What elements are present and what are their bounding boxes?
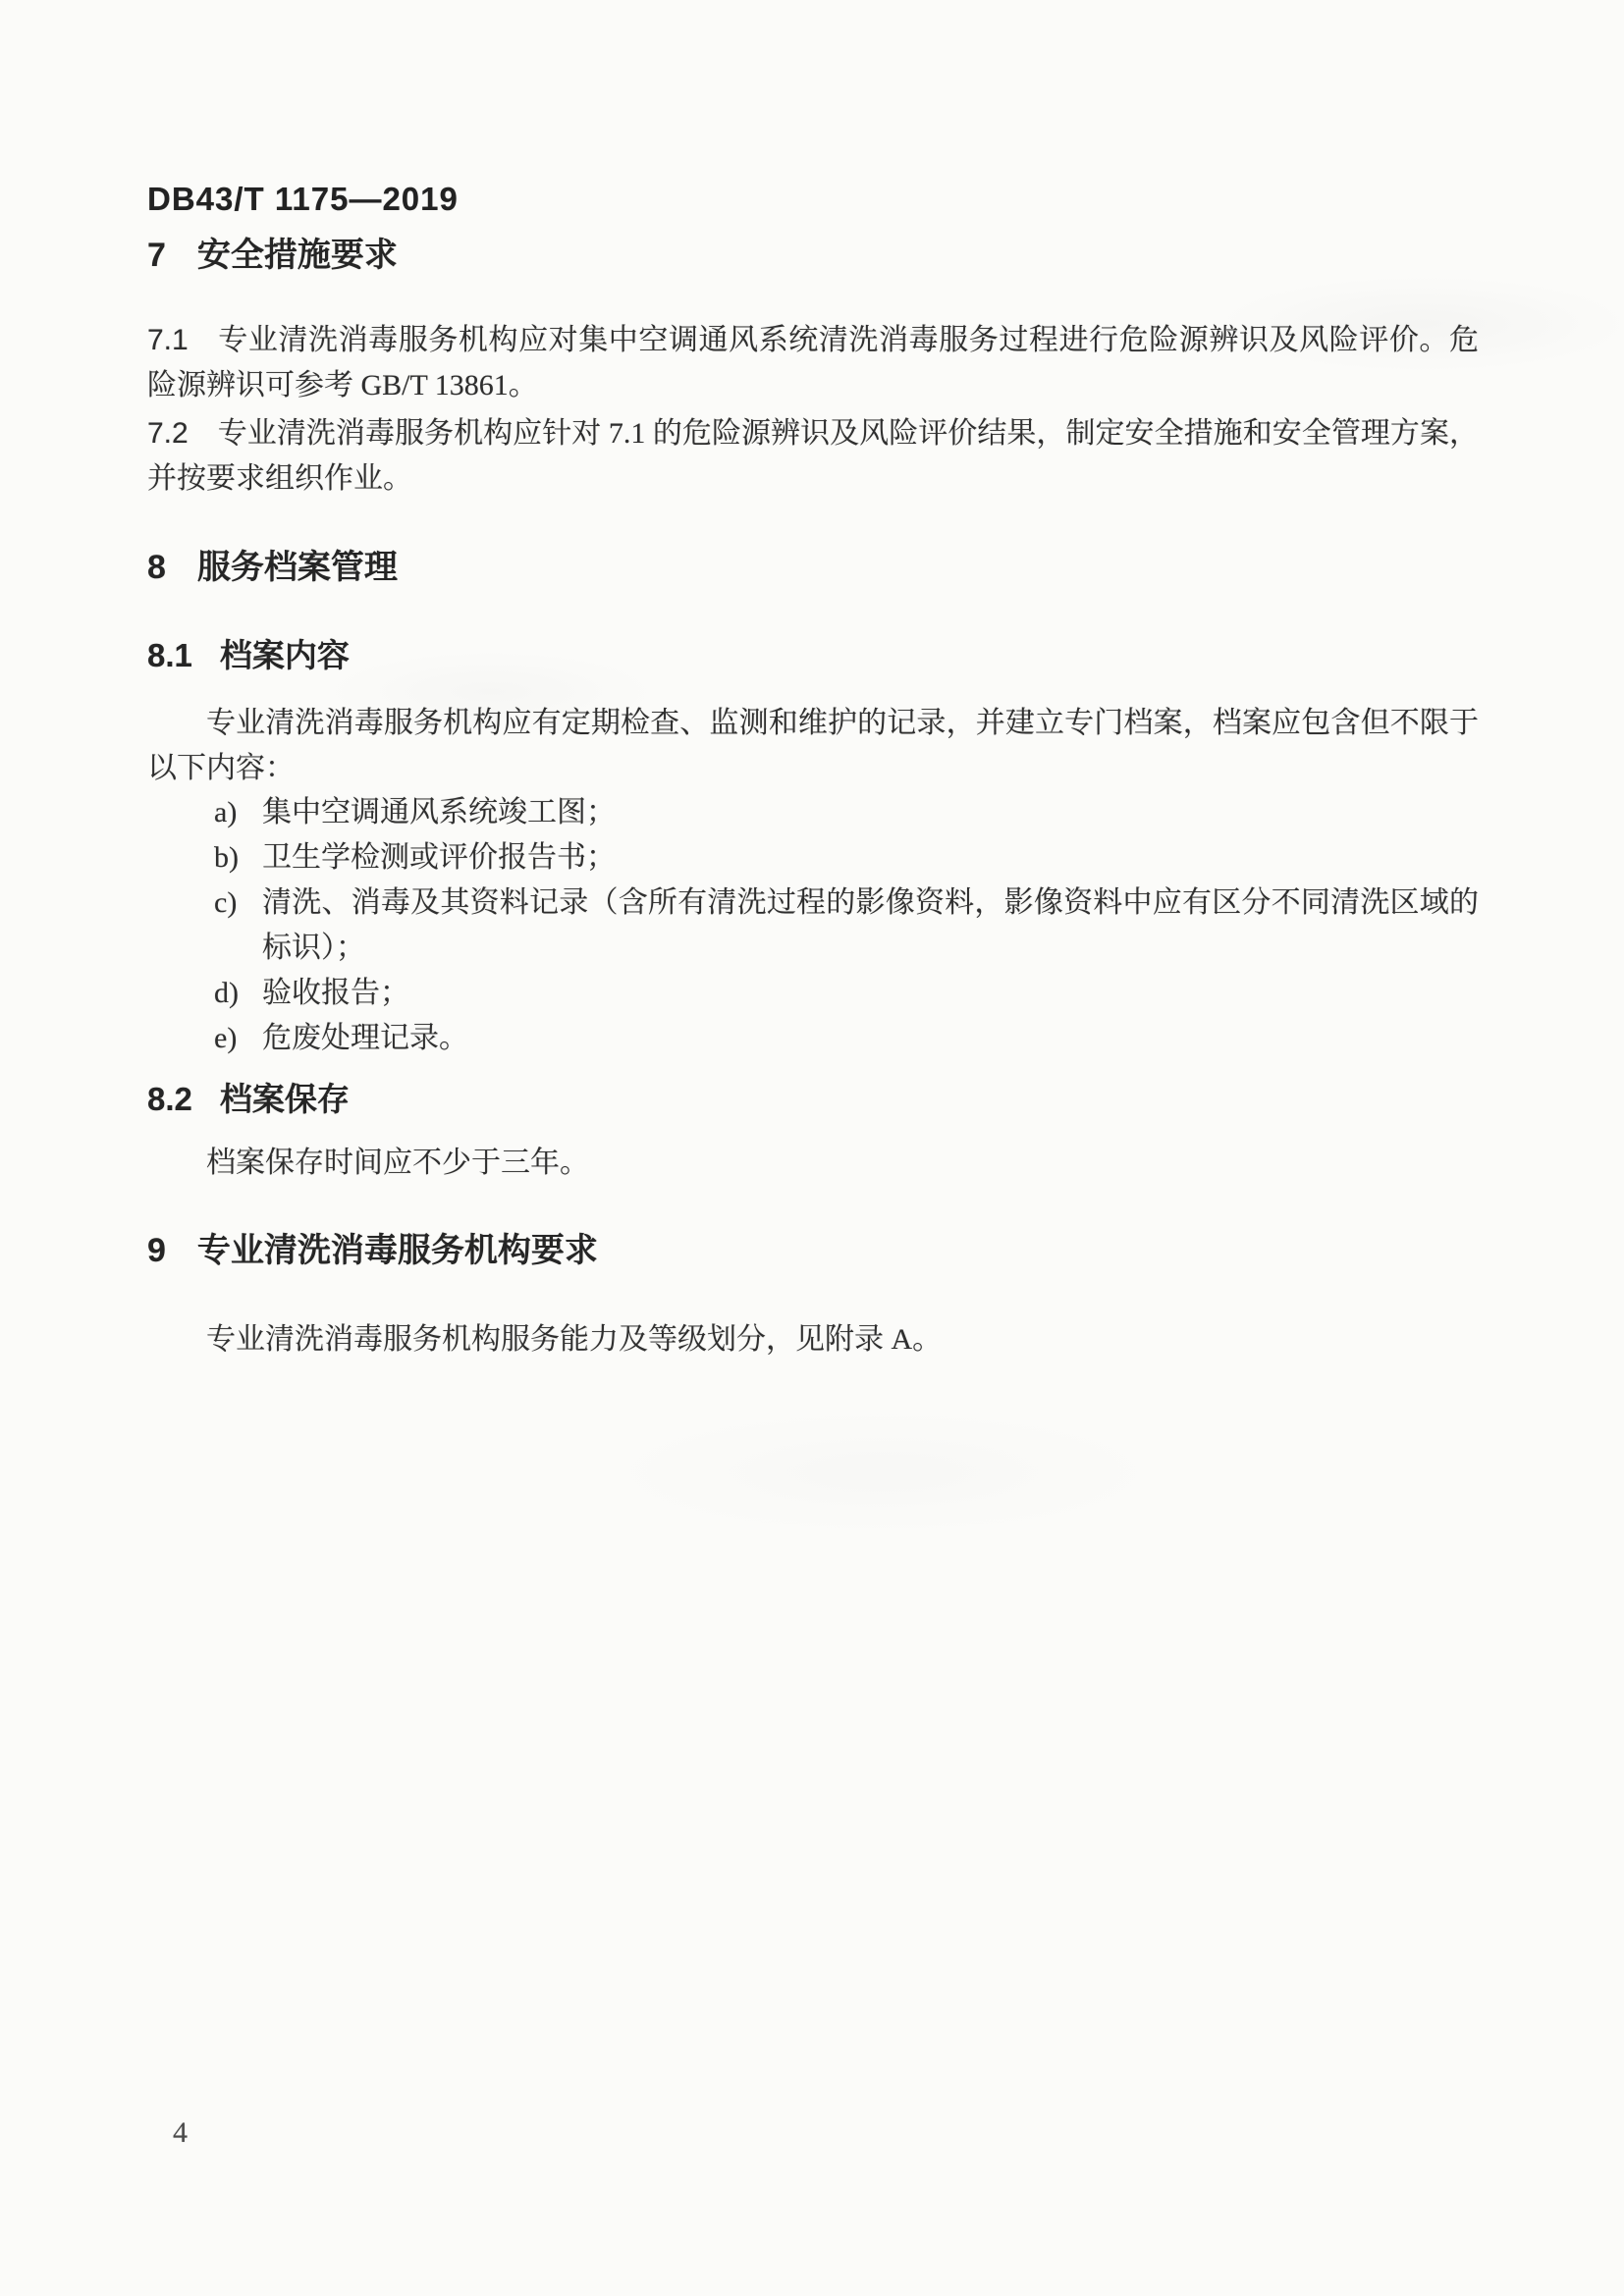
section-7-title: 安全措施要求 [197,237,398,274]
list-item-d: d)验收报告； [147,971,1479,1016]
clause-7-2-number: 7.2 [147,417,189,450]
section-9-text: 专业清洗消毒服务机构服务能力及等级划分，见附录 A。 [147,1317,1479,1362]
section-8-title: 服务档案管理 [197,549,398,586]
document-page: DB43/T 1175—2019 7安全措施要求 7.1专业清洗消毒服务机构应对… [0,0,1624,2296]
list-item-a-text: 集中空调通风系统竣工图； [262,796,616,828]
clause-7-1-text: 专业清洗消毒服务机构应对集中空调通风系统清洗消毒服务过程进行危险源辨识及风险评价… [147,324,1479,401]
archive-retention-text: 档案保存时间应不少于三年。 [147,1141,1479,1186]
list-item-e-label: e) [214,1016,237,1061]
list-item-b-text: 卫生学检测或评价报告书； [262,841,616,874]
section-7-heading: 7安全措施要求 [147,236,398,275]
clause-7-1: 7.1专业清洗消毒服务机构应对集中空调通风系统清洗消毒服务过程进行危险源辨识及风… [147,318,1479,408]
section-7-number: 7 [147,237,166,274]
section-9-heading: 9专业清洗消毒服务机构要求 [147,1231,598,1270]
doc-standard-number: DB43/T 1175—2019 [147,181,459,218]
clause-7-2: 7.2专业清洗消毒服务机构应针对 7.1 的危险源辨识及风险评价结果，制定安全措… [147,411,1479,502]
list-item-c-text: 清洗、消毒及其资料记录（含所有清洗过程的影像资料，影像资料中应有区分不同清洗区域… [262,886,1479,964]
section-9-number: 9 [147,1232,166,1269]
section-8-1-title: 档案内容 [220,637,350,673]
section-9-title: 专业清洗消毒服务机构要求 [197,1232,598,1269]
list-item-d-text: 验收报告； [262,977,409,1009]
list-item-e: e)危废处理记录。 [147,1016,1479,1061]
list-item-a: a)集中空调通风系统竣工图； [147,790,1479,835]
section-8-2-title: 档案保存 [220,1081,350,1117]
list-item-c: c)清洗、消毒及其资料记录（含所有清洗过程的影像资料，影像资料中应有区分不同清洗… [147,881,1479,971]
list-item-c-label: c) [214,881,237,926]
list-item-d-label: d) [214,971,239,1016]
section-8-1-heading: 8.1档案内容 [147,636,350,675]
list-item-e-text: 危废处理记录。 [262,1022,468,1054]
archive-content-intro: 专业清洗消毒服务机构应有定期检查、监测和维护的记录，并建立专门档案，档案应包含但… [147,701,1479,791]
archive-content-list: a)集中空调通风系统竣工图； b)卫生学检测或评价报告书； c)清洗、消毒及其资… [147,790,1479,1061]
section-8-heading: 8服务档案管理 [147,548,398,587]
clause-7-2-text: 专业清洗消毒服务机构应针对 7.1 的危险源辨识及风险评价结果，制定安全措施和安… [147,417,1479,495]
section-8-2-heading: 8.2档案保存 [147,1080,350,1119]
section-8-number: 8 [147,549,166,586]
list-item-a-label: a) [214,790,237,835]
list-item-b: b)卫生学检测或评价报告书； [147,835,1479,881]
section-8-2-number: 8.2 [147,1081,192,1117]
clause-7-1-number: 7.1 [147,324,189,356]
list-item-b-label: b) [214,835,239,881]
section-8-1-number: 8.1 [147,637,192,673]
page-number: 4 [173,2110,188,2156]
